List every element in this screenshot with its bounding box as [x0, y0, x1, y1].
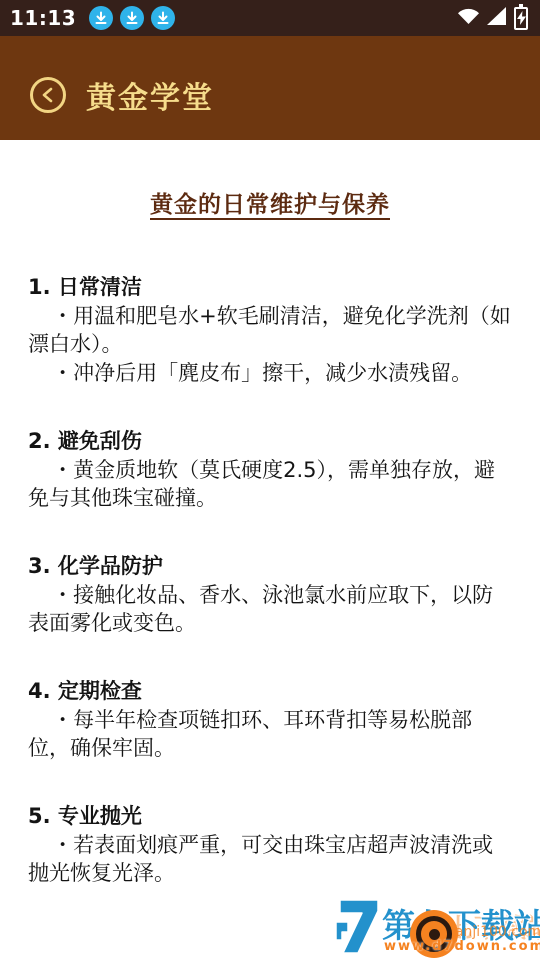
bullet-line: ・接触化妆品、香水、泳池氯水前应取下，以防表面雾化或变色。 — [28, 581, 512, 637]
watermark-url-secondary: danji100.com — [446, 924, 540, 940]
watermark-url-primary: www.d7down.com — [384, 939, 540, 954]
phone-screen: 11:13 — [0, 0, 540, 960]
care-section: 3. 化学品防护・接触化妆品、香水、泳池氯水前应取下，以防表面雾化或变色。 — [28, 552, 512, 637]
status-bar: 11:13 — [0, 0, 540, 36]
care-section: 5. 专业抛光・若表面划痕严重，可交由珠宝店超声波清洗或抛光恢复光泽。 — [28, 802, 512, 887]
article-content: 黄金的日常维护与保养 1. 日常清洁・用温和肥皂水+软毛刷清洁，避免化学洗剂（如… — [0, 186, 540, 887]
cellular-signal-icon — [486, 7, 508, 29]
section-heading: 3. 化学品防护 — [28, 552, 512, 580]
d7-logo-icon — [332, 896, 382, 960]
bullet-line: ・每半年检查项链扣环、耳环背扣等易松脱部位，确保牢固。 — [28, 706, 512, 762]
care-section: 2. 避免刮伤・黄金质地软（莫氏硬度2.5），需单独存放，避免与其他珠宝碰撞。 — [28, 427, 512, 512]
section-heading: 4. 定期检查 — [28, 677, 512, 705]
bullet-line: ・冲净后用「麂皮布」擦干，减少水渍残留。 — [28, 359, 512, 387]
lens-mascot-icon — [410, 910, 458, 958]
download-icon[interactable] — [120, 6, 144, 30]
section-heading: 1. 日常清洁 — [28, 273, 512, 301]
section-heading: 2. 避免刮伤 — [28, 427, 512, 455]
back-button[interactable] — [30, 77, 66, 113]
page-title: 黄金学堂 — [86, 73, 214, 117]
wifi-icon — [457, 7, 480, 29]
care-section: 4. 定期检查・每半年检查项链扣环、耳环背扣等易松脱部位，确保牢固。 — [28, 677, 512, 762]
site-watermark: 第七下载站 第七下载站 danji100.com www.d7down.com — [326, 878, 538, 960]
care-section: 1. 日常清洁・用温和肥皂水+软毛刷清洁，避免化学洗剂（如漂白水）。・冲净后用「… — [28, 273, 512, 387]
lens-dot — [429, 929, 440, 940]
bullet-line: ・黄金质地软（莫氏硬度2.5），需单独存放，避免与其他珠宝碰撞。 — [28, 456, 512, 512]
section-heading: 5. 专业抛光 — [28, 802, 512, 830]
bullet-line: ・用温和肥皂水+软毛刷清洁，避免化学洗剂（如漂白水）。 — [28, 302, 512, 358]
status-bar-right-icons — [457, 7, 528, 30]
bullet-line: ・若表面划痕严重，可交由珠宝店超声波清洗或抛光恢复光泽。 — [28, 831, 512, 887]
lens-ring — [416, 916, 452, 952]
care-sections: 1. 日常清洁・用温和肥皂水+软毛刷清洁，避免化学洗剂（如漂白水）。・冲净后用「… — [28, 273, 512, 887]
battery-charging-icon — [514, 7, 528, 30]
app-bar: 黄金学堂 — [0, 36, 540, 140]
download-icon[interactable] — [151, 6, 175, 30]
download-notifications — [89, 6, 175, 30]
clock: 11:13 — [10, 6, 76, 30]
watermark-site-name: 第七下载站 — [382, 900, 540, 947]
download-icon[interactable] — [89, 6, 113, 30]
watermark-site-name-ghost: 第七下载站 — [422, 908, 540, 945]
article-title: 黄金的日常维护与保养 — [28, 186, 512, 219]
